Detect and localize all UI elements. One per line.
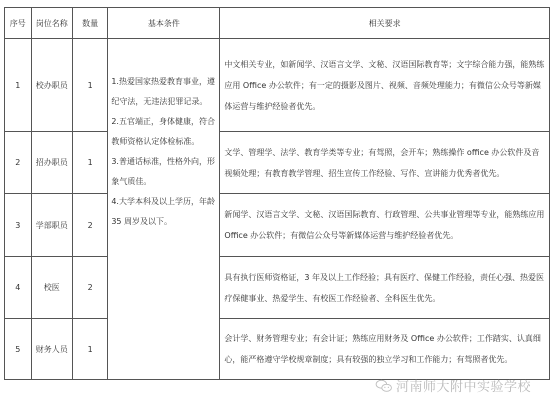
row-quantity: 1: [72, 39, 107, 132]
row-index: 2: [5, 132, 32, 194]
row-requirements: 文学、管理学、法学、教育学类等专业；有驾照，会开车；熟练操作 office 办公…: [220, 132, 550, 194]
row-quantity: 1: [72, 319, 107, 380]
table-header-row: 序号 岗位名称 数量 基本条件 相关要求: [5, 8, 550, 39]
table-row: 2 招办职员 1 文学、管理学、法学、教育学类等专业；有驾照，会开车；熟练操作 …: [5, 132, 550, 194]
header-requirements: 相关要求: [220, 8, 550, 39]
row-requirements: 新闻学、汉语言文学、文秘、汉语国际教育、行政管理、公共事业管理等专业，能熟练应用…: [220, 194, 550, 257]
row-quantity: 2: [72, 257, 107, 319]
row-index: 5: [5, 319, 32, 380]
header-conditions: 基本条件: [108, 8, 220, 39]
watermark: 河南师大附中实验学校: [375, 376, 531, 395]
row-index: 1: [5, 39, 32, 132]
row-requirements: 具有执行医师资格证，3 年及以上工作经验；具有医疗、保健工作经验，责任心强、热爱…: [220, 257, 550, 319]
row-position: 校医: [31, 257, 72, 319]
conditions-cell: 1.热爱国家热爱教育事业，遵纪守法，无违法犯罪记录。 2.五官端正，身体健康，符…: [108, 39, 220, 380]
row-requirements: 中文相关专业，如新闻学、汉语言文学、文秘、汉语国际教育等；文字综合能力强，能熟练…: [220, 39, 550, 132]
condition-item: 2.五官端正，身体健康，符合教师资格认定体检标准。: [111, 112, 216, 152]
wechat-icon: [375, 379, 393, 393]
row-position: 招办职员: [31, 132, 72, 194]
table-row: 1 校办职员 1 1.热爱国家热爱教育事业，遵纪守法，无违法犯罪记录。 2.五官…: [5, 39, 550, 132]
row-quantity: 1: [72, 132, 107, 194]
condition-item: 3.普通话标准，性格外向，形象气质佳。: [111, 152, 216, 192]
condition-item: 4.大学本科及以上学历，年龄 35 周岁及以下。: [111, 192, 216, 232]
recruitment-table: 序号 岗位名称 数量 基本条件 相关要求 1 校办职员 1 1.热爱国家热爱教育…: [4, 7, 550, 380]
watermark-text: 河南师大附中实验学校: [396, 376, 531, 395]
row-position: 财务人员: [31, 319, 72, 380]
header-quantity: 数量: [72, 8, 107, 39]
row-requirements: 会计学、财务管理专业；有会计证；熟练应用财务及 Office 办公软件；工作踏实…: [220, 319, 550, 380]
header-position: 岗位名称: [31, 8, 72, 39]
table-row: 4 校医 2 具有执行医师资格证，3 年及以上工作经验；具有医疗、保健工作经验，…: [5, 257, 550, 319]
condition-item: 1.热爱国家热爱教育事业，遵纪守法，无违法犯罪记录。: [111, 72, 216, 112]
row-index: 3: [5, 194, 32, 257]
row-quantity: 2: [72, 194, 107, 257]
table-row: 5 财务人员 1 会计学、财务管理专业；有会计证；熟练应用财务及 Office …: [5, 319, 550, 380]
header-index: 序号: [5, 8, 32, 39]
row-position: 学部职员: [31, 194, 72, 257]
row-index: 4: [5, 257, 32, 319]
row-position: 校办职员: [31, 39, 72, 132]
table-row: 3 学部职员 2 新闻学、汉语言文学、文秘、汉语国际教育、行政管理、公共事业管理…: [5, 194, 550, 257]
